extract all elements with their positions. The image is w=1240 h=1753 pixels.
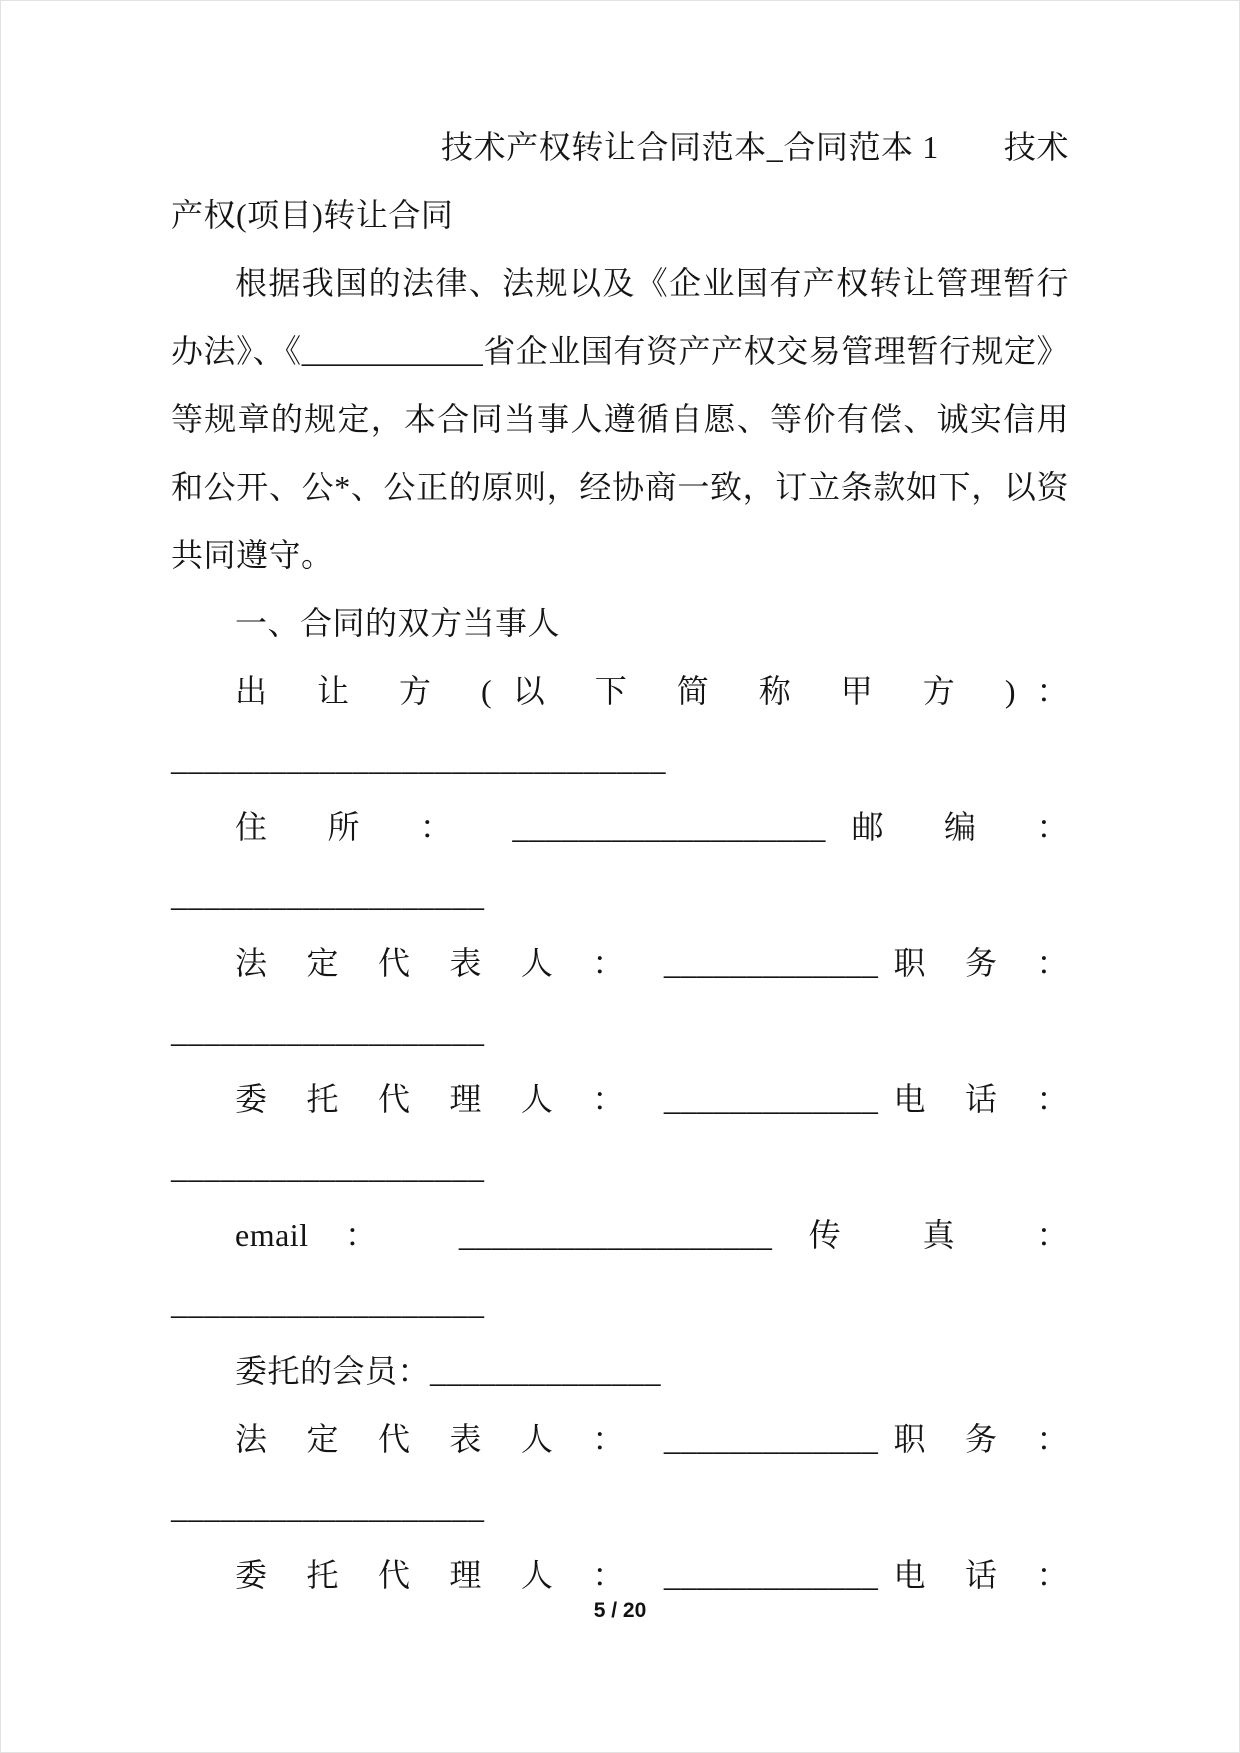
document-body: 技术产权转让合同范本_合同范本 1 技术 产权(项目)转让合同 根据我国的法律、… <box>171 113 1069 1609</box>
intro-paragraph-line-3: 等规章的规定，本合同当事人遵循自愿、等价有偿、诚实信用 <box>171 385 1069 453</box>
authorized-agent-line-1: 委 托 代 理 人 ： _____________电 话 ： <box>171 1065 1069 1133</box>
transferor-underline: ______________________________ <box>171 725 1069 793</box>
address-underline: ___________________ <box>171 861 1069 929</box>
address-postcode-line: 住 所 ： ___________________邮 编 ： <box>171 793 1069 861</box>
intro-paragraph-line-1: 根据我国的法律、法规以及《企业国有产权转让管理暂行 <box>171 249 1069 317</box>
document-page: 技术产权转让合同范本_合同范本 1 技术 产权(项目)转让合同 根据我国的法律、… <box>0 0 1240 1753</box>
email-fax-line: email： ___________________传 真 ： <box>171 1201 1069 1269</box>
page-title-line-2: 产权(项目)转让合同 <box>171 181 1069 249</box>
legal-representative-underline-2: ___________________ <box>171 1473 1069 1541</box>
page-title-line-1: 技术产权转让合同范本_合同范本 1 技术 <box>171 113 1069 181</box>
intro-paragraph-line-5: 共同遵守。 <box>171 521 1069 589</box>
legal-representative-line-2: 法 定 代 表 人 ： _____________职 务 ： <box>171 1405 1069 1473</box>
entrusted-member-line: 委托的会员：______________ <box>171 1337 1069 1405</box>
transferor-line: 出 让 方 (以 下 简 称 甲 方 )： <box>171 657 1069 725</box>
section-heading-parties: 一、合同的双方当事人 <box>171 589 1069 657</box>
legal-representative-underline-1: ___________________ <box>171 997 1069 1065</box>
page-number: 5 / 20 <box>1 1599 1239 1623</box>
intro-paragraph-line-2: 办法》、《___________省企业国有资产产权交易管理暂行规定》 <box>171 317 1069 385</box>
legal-representative-line-1: 法 定 代 表 人 ： _____________职 务 ： <box>171 929 1069 997</box>
intro-paragraph-line-4: 和公开、公*、公正的原则，经协商一致，订立条款如下，以资 <box>171 453 1069 521</box>
email-fax-underline: ___________________ <box>171 1269 1069 1337</box>
authorized-agent-underline-1: ___________________ <box>171 1133 1069 1201</box>
